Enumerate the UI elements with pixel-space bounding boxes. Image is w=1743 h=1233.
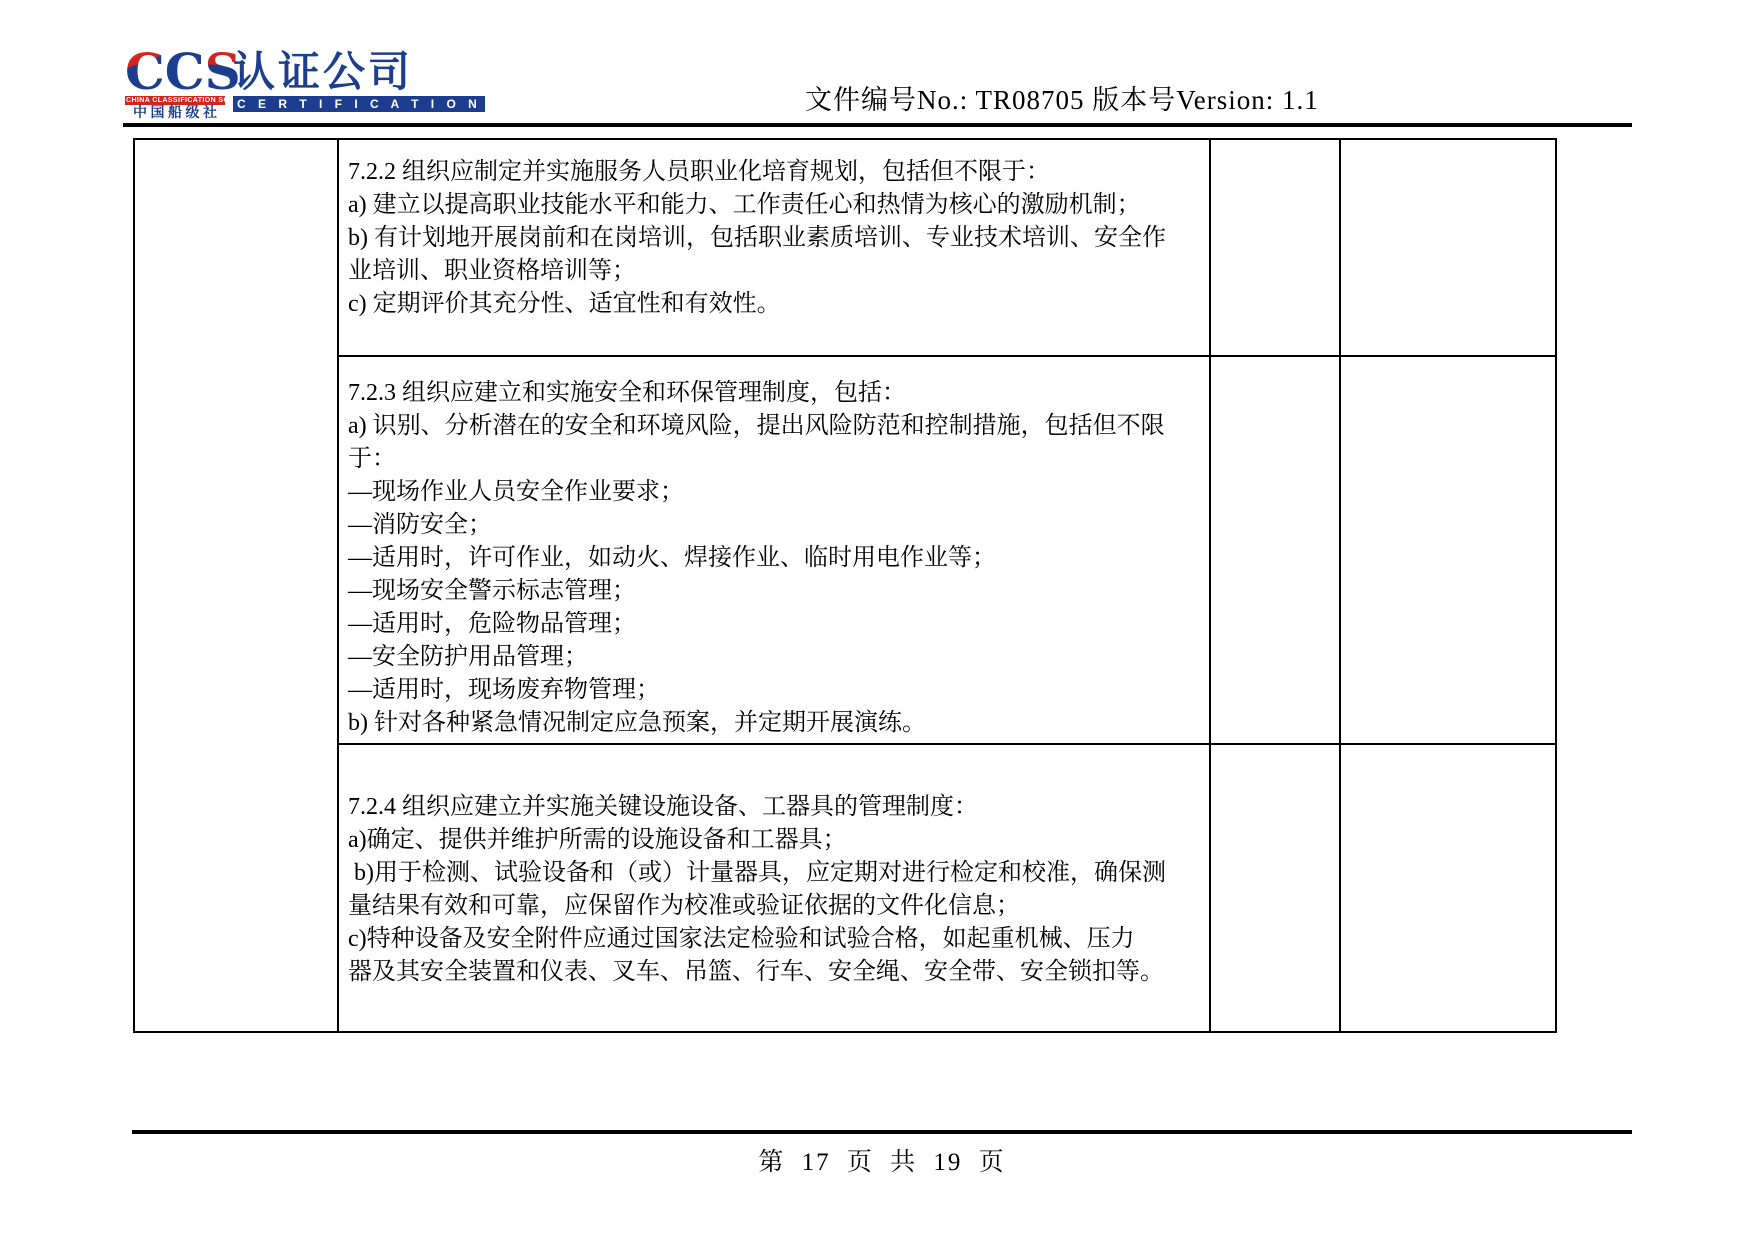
text-line: 业培训、职业资格培训等； — [348, 255, 1209, 288]
text-line: 7.2.4 组织应建立并实施关键设施设备、工器具的管理制度： — [348, 791, 1209, 824]
text-line: a) 建立以提高职业技能水平和能力、工作责任心和热情为核心的激励机制； — [348, 189, 1209, 222]
text-line: —适用时，危险物品管理； — [348, 608, 1209, 641]
text-line: c)特种设备及安全附件应通过国家法定检验和试验合格，如起重机械、压力 — [348, 923, 1209, 956]
ccs-logo: CCS CHINA CLASSIFICATION SOCIETY 中 国 船 级… — [125, 50, 485, 121]
doc-number-text: 文件编号No.: TR08705 版本号Version: 1.1 — [805, 78, 1319, 117]
ccs-letter: C — [125, 42, 165, 101]
ccs-wordmark: CCS — [125, 50, 225, 94]
requirements-table: 7.2.2 组织应制定并实施服务人员职业化培育规划，包括但不限于：a) 建立以提… — [133, 138, 1557, 1033]
empty-cell — [1341, 140, 1555, 357]
empty-cell — [1211, 140, 1341, 357]
classification-society-banner: CHINA CLASSIFICATION SOCIETY — [125, 96, 225, 105]
certification-company-block: 认证公司 C E R T I F I C A T I O N — [233, 50, 485, 112]
text-line: 于： — [348, 443, 1209, 476]
side-column-cell — [135, 140, 339, 1031]
text-line: b) 针对各种紧急情况制定应急预案，并定期开展演练。 — [348, 707, 1209, 740]
text-line: —消防安全； — [348, 509, 1209, 542]
footer-rule — [132, 1130, 1632, 1134]
text-line: 量结果有效和可靠，应保留作为校准或验证依据的文件化信息； — [348, 890, 1209, 923]
ccs-letter: C — [165, 42, 205, 101]
page-number: 第 17 页 共 19 页 — [132, 1142, 1632, 1178]
empty-cell — [1341, 357, 1555, 745]
text-line: 7.2.2 组织应制定并实施服务人员职业化培育规划，包括但不限于： — [348, 156, 1209, 189]
text-line: 7.2.3 组织应建立和实施安全和环保管理制度，包括： — [348, 377, 1209, 410]
requirement-cell-7-2-2: 7.2.2 组织应制定并实施服务人员职业化培育规划，包括但不限于：a) 建立以提… — [339, 140, 1211, 357]
text-line: a) 识别、分析潜在的安全和环境风险，提出风险防范和控制措施，包括但不限 — [348, 410, 1209, 443]
classification-society-cn: 中 国 船 级 社 — [125, 106, 225, 121]
requirement-cell-7-2-4: 7.2.4 组织应建立并实施关键设施设备、工器具的管理制度：a)确定、提供并维护… — [339, 745, 1211, 1031]
ccs-wordmark-block: CCS CHINA CLASSIFICATION SOCIETY 中 国 船 级… — [125, 50, 225, 121]
text-line: a)确定、提供并维护所需的设施设备和工器具； — [348, 824, 1209, 857]
requirement-cell-7-2-3: 7.2.3 组织应建立和实施安全和环保管理制度，包括：a) 识别、分析潜在的安全… — [339, 357, 1211, 745]
header-rule — [123, 123, 1632, 127]
text-line: —安全防护用品管理； — [348, 641, 1209, 674]
text-line: b)用于检测、试验设备和（或）计量器具，应定期对进行检定和校准，确保测 — [348, 857, 1209, 890]
empty-cell — [1211, 745, 1341, 1031]
text-line: —适用时，许可作业，如动火、焊接作业、临时用电作业等； — [348, 542, 1209, 575]
certification-banner: C E R T I F I C A T I O N — [233, 96, 485, 112]
empty-cell — [1211, 357, 1341, 745]
text-line: 器及其安全装置和仪表、叉车、吊篮、行车、安全绳、安全带、安全锁扣等。 — [348, 956, 1209, 989]
text-line: —现场安全警示标志管理； — [348, 575, 1209, 608]
company-name-cn: 认证公司 — [233, 50, 485, 94]
text-line: —适用时，现场废弃物管理； — [348, 674, 1209, 707]
text-line: c) 定期评价其充分性、适宜性和有效性。 — [348, 288, 1209, 321]
empty-cell — [1341, 745, 1555, 1031]
text-line: —现场作业人员安全作业要求； — [348, 476, 1209, 509]
text-line: b) 有计划地开展岗前和在岗培训，包括职业素质培训、专业技术培训、安全作 — [348, 222, 1209, 255]
